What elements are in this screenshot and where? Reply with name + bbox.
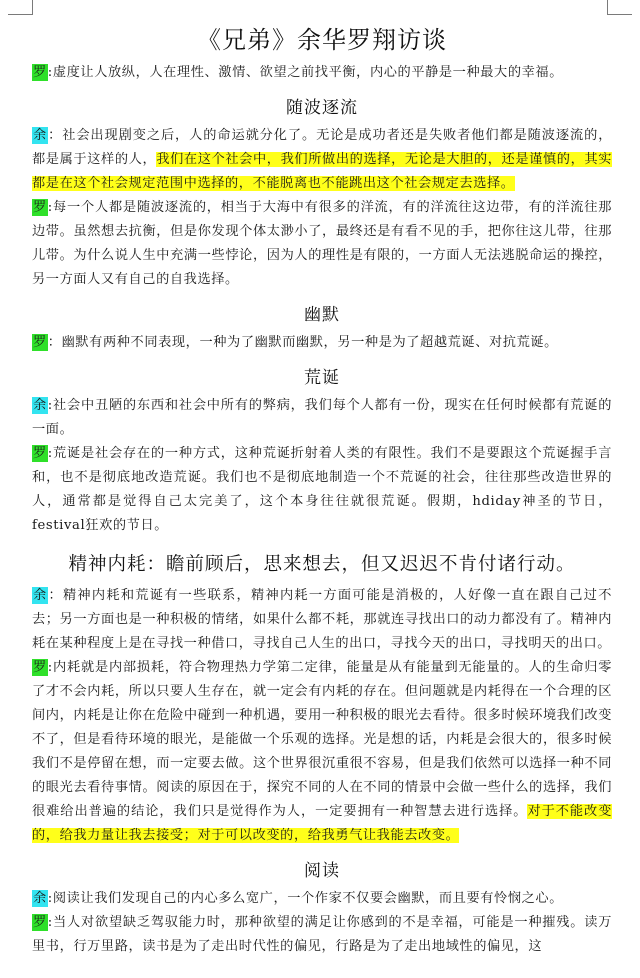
section-heading-reading: 阅读 [32,856,612,881]
speaker-separator: ： [48,588,63,603]
speaker-tag-luo: 罗 [32,199,48,216]
paragraph-yu: 余:阅读让我们发现自己的内心多么宽广，一个作家不仅要会幽默，而且要有怜悯之心。 [32,887,612,911]
crop-mark-top-left [8,0,33,15]
intro-paragraph: 罗:虚度让人放纵，人在理性、激情、欲望之前找平衡，内心的平静是一种最大的幸福。 [32,61,612,85]
paragraph-yu: 余:社会中丑陋的东西和社会中所有的弊病，我们每个人都有一份，现实在任何时候都有荒… [32,394,612,442]
paragraph-luo: 罗:当人对欲望缺乏驾驭能力时，那种欲望的满足让你感到的不是幸福，可能是一种摧残。… [32,911,612,959]
paragraph-text: 虚度让人放纵，人在理性、激情、欲望之前找平衡，内心的平静是一种最大的幸福。 [53,65,563,80]
speaker-tag-yu: 余 [32,397,48,414]
section-heading-humor: 幽默 [32,300,612,325]
paragraph-text: 内耗就是内部损耗，符合物理热力学第二定律，能量是从有能量到无能量的。人的生命归零… [32,660,612,819]
paragraph-text: 幽默有两种不同表现，一种为了幽默而幽默，另一种是为了超越荒诞、对抗荒诞。 [62,335,558,350]
speaker-tag-luo: 罗 [32,659,48,676]
section-heading-mental-exhaustion: 精神内耗：瞻前顾后，思来想去，但又迟迟不肯付诸行动。 [32,550,612,576]
speaker-separator: ： [48,128,62,143]
paragraph-text: 精神内耗和荒诞有一些联系，精神内耗一方面可能是消极的，人好像一直在跟自己过不去；… [32,588,612,651]
speaker-tag-luo: 罗 [32,445,48,462]
paragraph-text: 每一个人都是随波逐流的，相当于大海中有很多的洋流，有的洋流往这边带，有的洋流往那… [32,200,612,287]
paragraph-text: 阅读让我们发现自己的内心多么宽广，一个作家不仅要会幽默，而且要有怜悯之心。 [53,891,563,906]
document-title: 《兄弟》余华罗翔访谈 [32,20,612,55]
speaker-tag-yu: 余 [32,890,48,907]
speaker-tag-luo: 罗 [32,64,48,81]
speaker-tag-yu: 余 [32,127,48,144]
paragraph-text: 当人对欲望缺乏驾驭能力时，那种欲望的满足让你感到的不是幸福，可能是一种摧残。读万… [32,915,612,954]
paragraph-yu: 余：社会出现剧变之后，人的命运就分化了。无论是成功者还是失败者他们都是随波逐流的… [32,124,612,196]
section-heading-drift: 随波逐流 [32,93,612,118]
paragraph-yu: 余：精神内耗和荒诞有一些联系，精神内耗一方面可能是消极的，人好像一直在跟自己过不… [32,584,612,656]
paragraph-text: 荒诞是社会存在的一种方式，这种荒诞折射着人类的有限性。我们不是要跟这个荒诞握手言… [32,446,612,533]
paragraph-luo: 罗:荒诞是社会存在的一种方式，这种荒诞折射着人类的有限性。我们不是要跟这个荒诞握… [32,442,612,538]
speaker-tag-luo: 罗 [32,914,48,931]
speaker-separator: ： [48,335,62,350]
section-heading-absurdity: 荒诞 [32,363,612,388]
paragraph-luo: 罗:每一个人都是随波逐流的，相当于大海中有很多的洋流，有的洋流往这边带，有的洋流… [32,196,612,292]
speaker-tag-luo: 罗 [32,334,48,351]
speaker-tag-yu: 余 [32,587,48,604]
paragraph-luo: 罗：幽默有两种不同表现，一种为了幽默而幽默，另一种是为了超越荒诞、对抗荒诞。 [32,331,612,355]
paragraph-luo: 罗:内耗就是内部损耗，符合物理热力学第二定律，能量是从有能量到无能量的。人的生命… [32,656,612,848]
paragraph-text: 社会中丑陋的东西和社会中所有的弊病，我们每个人都有一份，现实在任何时候都有荒诞的… [32,398,612,437]
document-page: 《兄弟》余华罗翔访谈 罗:虚度让人放纵，人在理性、激情、欲望之前找平衡，内心的平… [32,0,612,959]
